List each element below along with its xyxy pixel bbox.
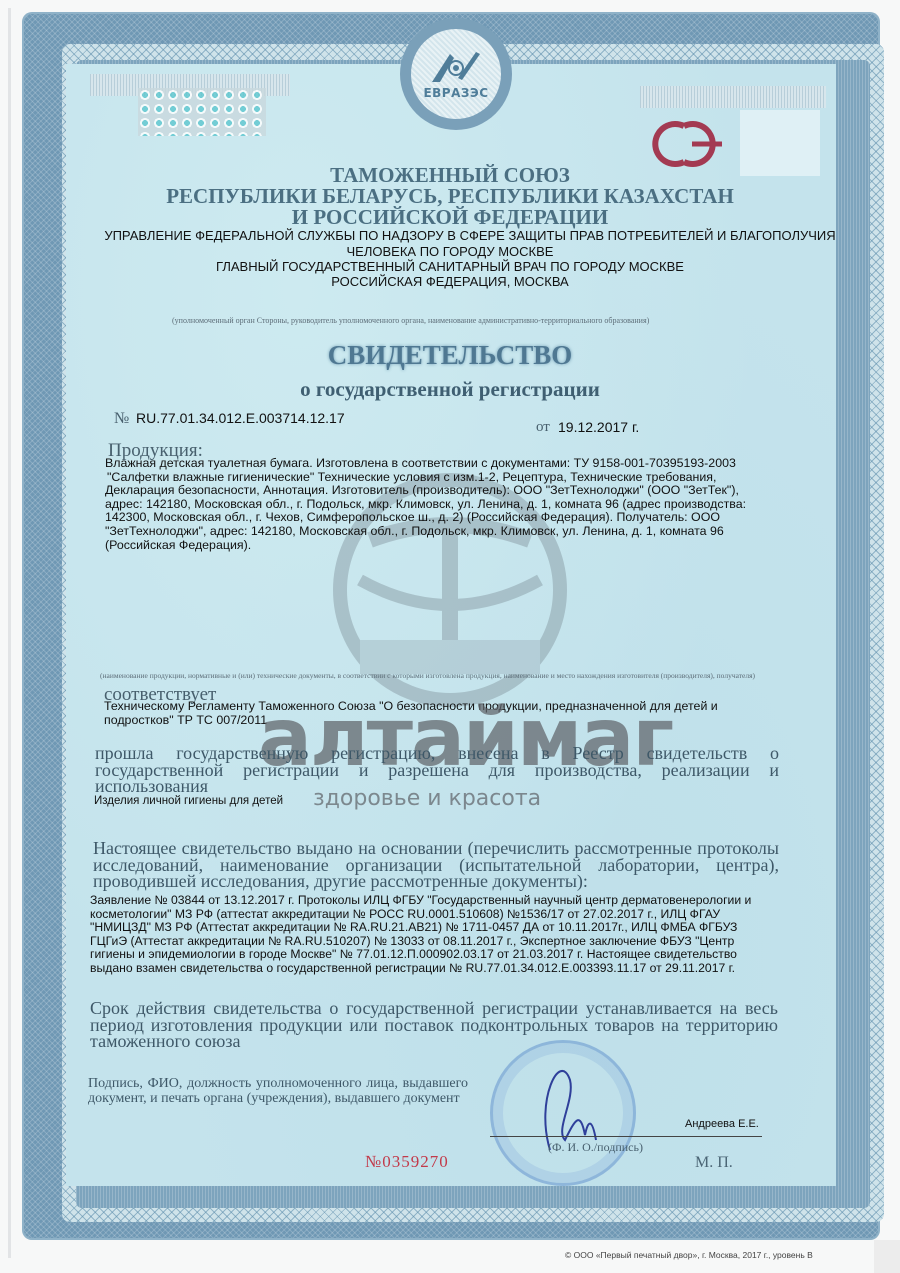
product-line: Влажная детская туалетная бумага. Изгото… <box>105 457 825 471</box>
hologram-icon <box>138 88 266 136</box>
watermark-tagline: здоровье и красота <box>313 786 541 811</box>
authority-line-1: УПРАВЛЕНИЕ ФЕДЕРАЛЬНОЙ СЛУЖБЫ ПО НАДЗОРУ… <box>20 228 900 243</box>
product-line: "Салфетки влажные гигиенические" Техниче… <box>105 471 825 485</box>
basis-line: косметологии" МЗ РФ (аттестат аккредитац… <box>90 908 820 922</box>
signature-line <box>490 1136 762 1137</box>
form-serial-number: №0359270 <box>365 1152 449 1172</box>
basis-line: ГЦГиЭ (Аттестат аккредитации № RA.RU.510… <box>90 935 820 949</box>
date-label: от <box>536 419 550 436</box>
product-line: Декларация безопасности, Аннотация. Изго… <box>105 484 825 498</box>
basis-documents: Заявление № 03844 от 13.12.2017 г. Прото… <box>90 894 820 976</box>
security-strip-right <box>640 86 826 108</box>
product-caption: (наименование продукции, нормативные и (… <box>100 671 755 680</box>
signatory-name: Андреева Е.Е. <box>685 1118 759 1132</box>
header-line-3: И РОССИЙСКОЙ ФЕДЕРАЦИИ <box>0 206 900 229</box>
certificate-date: 19.12.2017 г. <box>558 421 639 435</box>
authority-line-3: ГЛАВНЫЙ ГОСУДАРСТВЕННЫЙ САНИТАРНЫЙ ВРАЧ … <box>0 259 900 274</box>
authority-line-4: РОССИЙСКАЯ ФЕДЕРАЦИЯ, МОСКВА <box>0 274 900 289</box>
basis-line: гигиены и эпидемиологии в городе Москве"… <box>90 948 820 962</box>
validity-statement: Срок действия свидетельства о государств… <box>90 1000 778 1050</box>
product-line: 142300, Московская обл., г. Чехов, Симфе… <box>105 511 825 525</box>
authority-line-2: ЧЕЛОВЕКА ПО ГОРОДУ МОСКВЕ <box>0 244 900 259</box>
eurasec-emblem-icon <box>428 48 484 84</box>
basis-line: выдано взамен свидетельства о государств… <box>90 962 820 976</box>
certificate-subtitle: о государственной регистрации <box>0 377 900 402</box>
number-label: № <box>114 410 129 428</box>
basis-line: "НМИЦЗД" МЗ РФ (Аттестат аккредитации № … <box>90 921 820 935</box>
eurasec-emblem: ЕВРАЗЭС <box>400 18 512 130</box>
product-line: адрес: 142180, Московская обл., г. Подол… <box>105 498 825 512</box>
authority-caption: (уполномоченный орган Стороны, руководит… <box>172 316 649 325</box>
product-line: "ЗетТехнолоджи", адрес: 142180, Московск… <box>105 525 825 539</box>
registration-usage: Изделия личной гигиены для детей <box>94 795 283 809</box>
emblem-text: ЕВРАЗЭС <box>423 86 488 100</box>
certificate-title: СВИДЕТЕЛЬСТВО <box>0 340 900 371</box>
seal-place-label: М. П. <box>695 1154 733 1172</box>
customs-union-ce-mark-icon <box>648 118 726 170</box>
signature-label: Подпись, ФИО, должность уполномоченного … <box>88 1076 468 1106</box>
printer-credit: © ООО «Первый печатный двор», г. Москва,… <box>565 1250 813 1260</box>
basis-line: Заявление № 03844 от 13.12.2017 г. Прото… <box>90 894 820 908</box>
basis-intro: Настоящее свидетельство выдано на основа… <box>93 840 779 890</box>
signature-caption: (Ф. И. О./подпись) <box>548 1140 643 1155</box>
certificate-number: RU.77.01.34.012.E.003714.12.17 <box>136 412 345 426</box>
scan-edge-right <box>874 1240 900 1273</box>
product-line: (Российская Федерация). <box>105 539 825 553</box>
product-description: Влажная детская туалетная бумага. Изгото… <box>105 457 825 552</box>
